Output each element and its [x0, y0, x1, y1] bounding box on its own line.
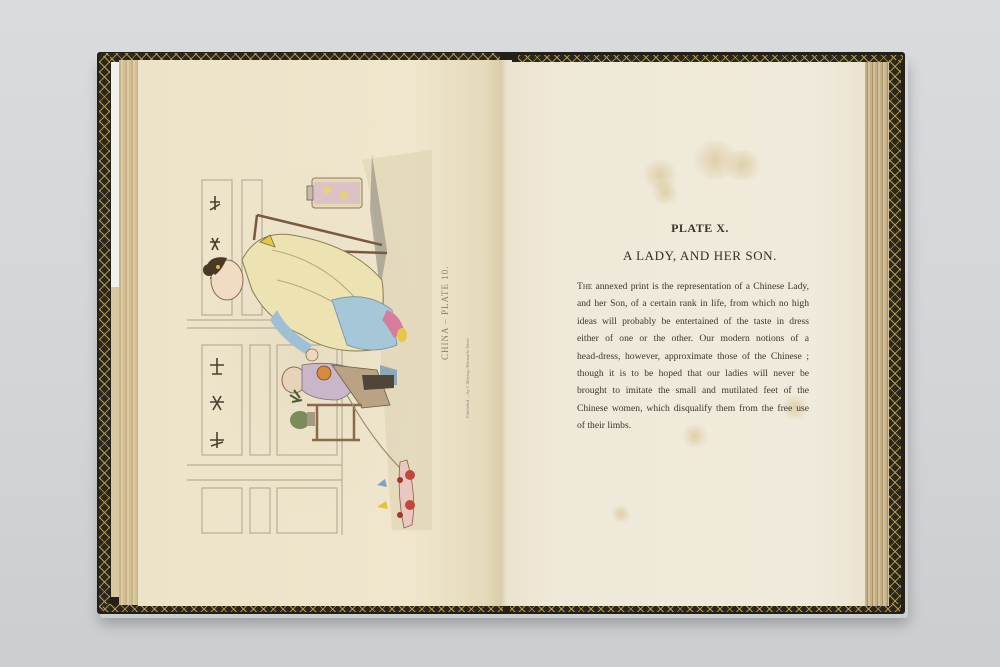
- lead-word: The: [577, 281, 592, 292]
- foxing-stain: [610, 505, 632, 523]
- text-line: ideas will probably be entertained of th…: [577, 313, 809, 330]
- plate-title: A LADY, AND HER SON.: [560, 248, 840, 264]
- plate-illustration: [182, 150, 432, 535]
- foxing-stain: [650, 180, 680, 205]
- foxing-stain: [720, 150, 765, 180]
- text-line: and her Son, of a certain rank in life, …: [577, 295, 809, 312]
- plate-number: PLATE X.: [560, 221, 840, 236]
- text-line: of their limbs.: [577, 417, 809, 434]
- gilt-border-left: [99, 56, 110, 611]
- plate-caption: CHINA – PLATE 10.: [440, 265, 450, 360]
- publisher-imprint: Published … by J. Murray, Albemarle Stre…: [465, 338, 470, 418]
- text-line: The annexed print is the representation …: [577, 278, 809, 295]
- hand-coloured-engraving: [182, 150, 432, 535]
- plate-description: The annexed print is the representation …: [577, 278, 809, 435]
- page-edges-right: [865, 62, 889, 606]
- gilt-border-right: [889, 60, 901, 610]
- text-line: head-dress, however, approximate those o…: [577, 348, 809, 365]
- text-line: brought to imitate the small and mutilat…: [577, 382, 809, 399]
- text-line: though it is to be hoped that our ladies…: [577, 365, 809, 382]
- text-line: either of one or the other. Our modern n…: [577, 330, 809, 347]
- text-line: Chinese women, which disqualify them fro…: [577, 400, 809, 417]
